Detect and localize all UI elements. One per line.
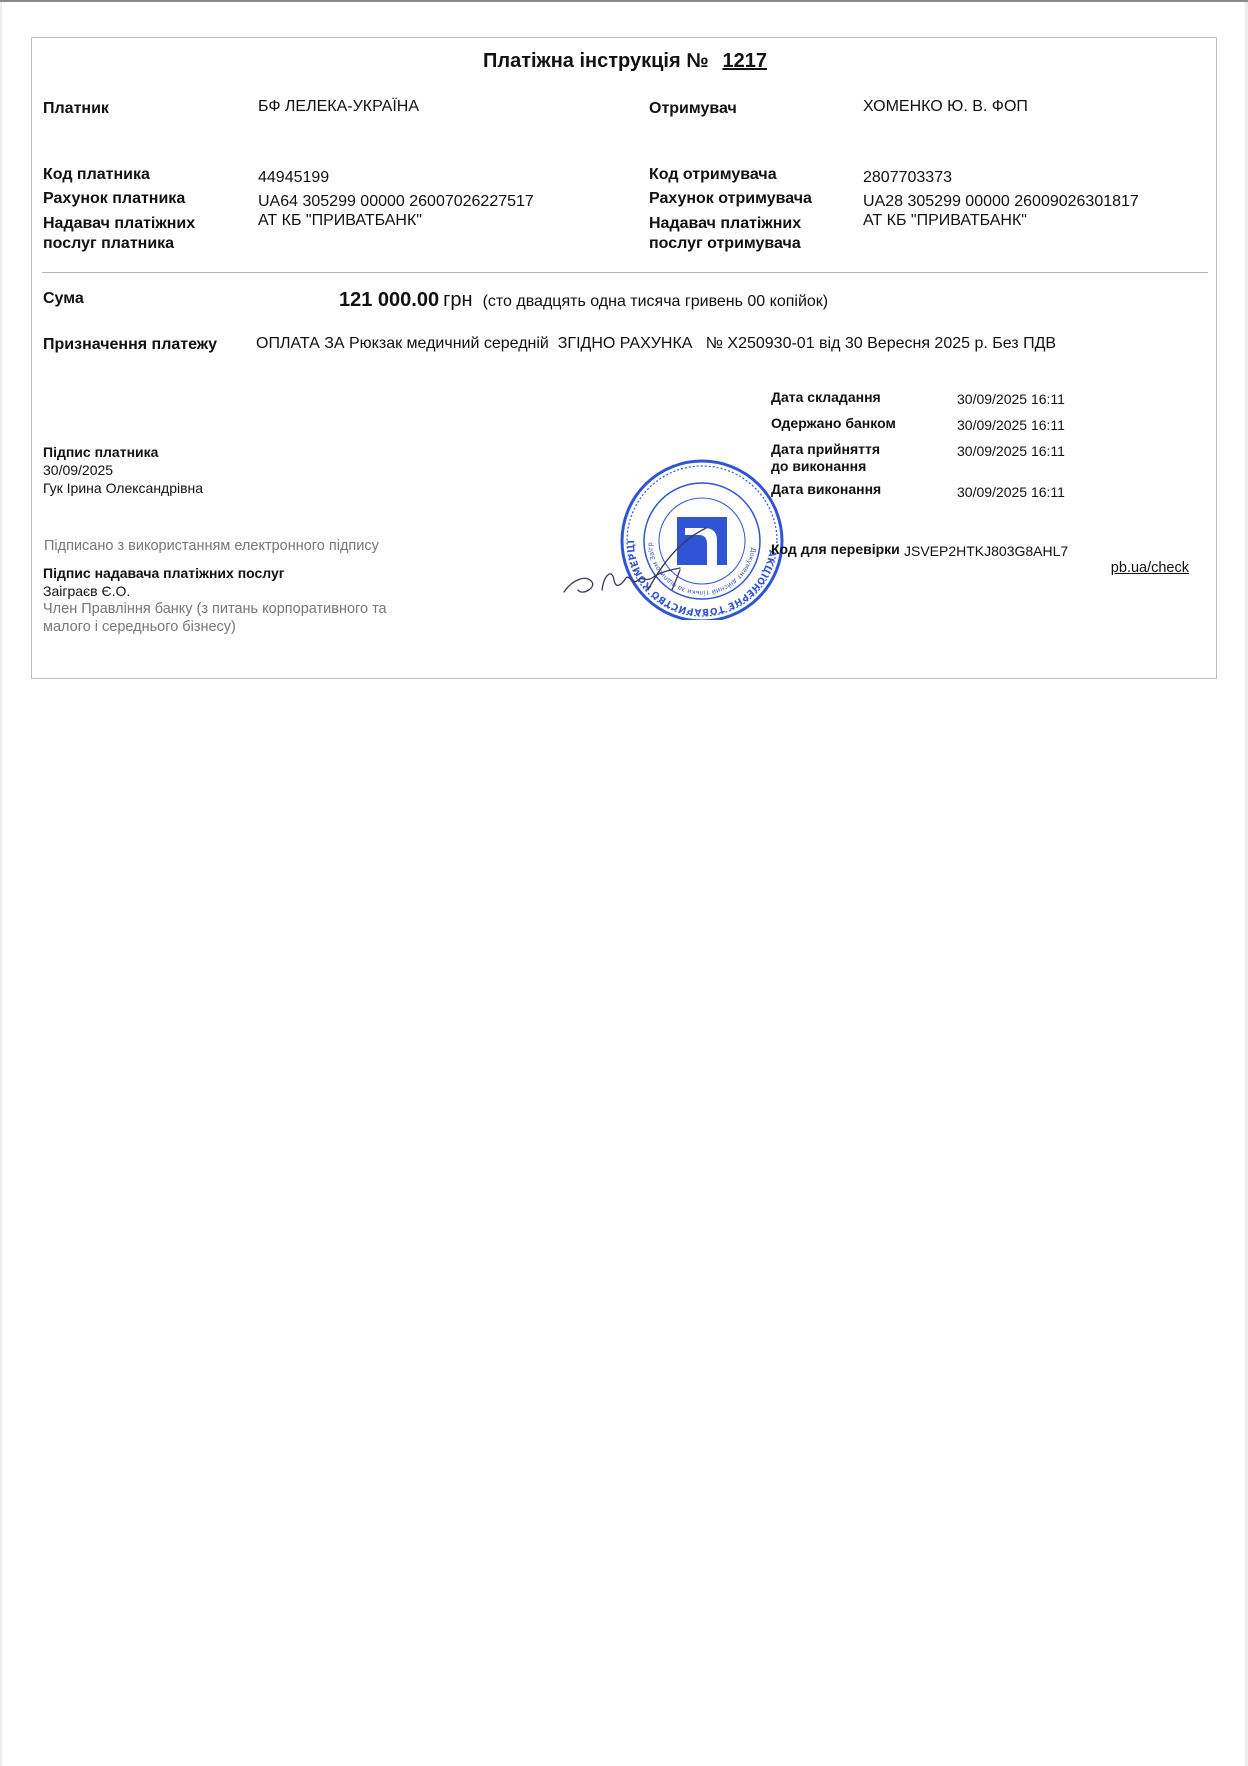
amount-label: Сума bbox=[43, 290, 84, 308]
bank-signer-name: Заіграєв Є.О. bbox=[43, 582, 387, 600]
payer-bank-label-line1: Надавач платіжних bbox=[43, 214, 195, 234]
date-executed-label: Дата виконання bbox=[771, 481, 881, 498]
verification-label: Код для перевірки bbox=[771, 541, 900, 558]
bank-signer-position-line2: малого і середнього бізнесу) bbox=[43, 618, 387, 636]
e-signature-note: Підписано з використанням електронного п… bbox=[44, 538, 379, 554]
payer-code-label: Код платника bbox=[43, 166, 150, 184]
recipient-bank-label: Надавач платіжних послуг отримувача bbox=[649, 214, 801, 254]
title-text: Платіжна інструкція № bbox=[483, 50, 709, 72]
purpose-label: Призначення платежу bbox=[43, 336, 217, 354]
payer-account: UA64 305299 00000 26007026227517 bbox=[258, 193, 534, 211]
section-divider bbox=[42, 272, 1208, 273]
payer-name-label: Платник bbox=[43, 100, 109, 118]
payer-signature-block: Підпис платника 30/09/2025 Гук Ірина Оле… bbox=[43, 443, 203, 497]
amount-row: 121 000.00грн(сто двадцять одна тисяча г… bbox=[339, 289, 828, 312]
amount-value: 121 000.00 bbox=[339, 289, 439, 311]
date-label-1: Одержано банком bbox=[771, 415, 896, 432]
page-top-edge bbox=[0, 0, 1248, 2]
date-accepted-label-line2: до виконання bbox=[771, 458, 880, 475]
date-composed-label: Дата складання bbox=[771, 389, 881, 406]
payer-account-label: Рахунок платника bbox=[43, 190, 185, 208]
date-accepted-value: 30/09/2025 16:11 bbox=[957, 443, 1065, 459]
payment-instruction-frame: Платіжна інструкція №1217 Платник БФ ЛЕЛ… bbox=[31, 37, 1217, 679]
recipient-code: 2807703373 bbox=[863, 169, 952, 187]
bank-signature-block: Підпис надавача платіжних послуг Заіграє… bbox=[43, 564, 387, 636]
payer-bank: АТ КБ "ПРИВАТБАНК" bbox=[258, 212, 422, 230]
payer-signer-name: Гук Ірина Олександрівна bbox=[43, 479, 203, 497]
recipient-name-label: Отримувач bbox=[649, 100, 737, 118]
recipient-name: ХОМЕНКО Ю. В. ФОП bbox=[863, 98, 1028, 116]
recipient-account-label: Рахунок отримувача bbox=[649, 190, 812, 208]
date-received-value: 30/09/2025 16:11 bbox=[957, 417, 1065, 433]
document-number: 1217 bbox=[723, 50, 768, 72]
payer-bank-label: Надавач платіжних послуг платника bbox=[43, 214, 195, 254]
recipient-bank-label-line1: Надавач платіжних bbox=[649, 214, 801, 234]
date-label-0: Дата складання bbox=[771, 389, 881, 406]
payer-code: 44945199 bbox=[258, 169, 329, 187]
payer-bank-label-line2: послуг платника bbox=[43, 234, 195, 254]
amount-currency: грн bbox=[443, 289, 472, 311]
recipient-account: UA28 305299 00000 26009026301817 bbox=[863, 193, 1139, 211]
date-accepted-label-line1: Дата прийняття bbox=[771, 441, 880, 458]
bank-signature-label: Підпис надавача платіжних послуг bbox=[43, 564, 387, 582]
date-composed-value: 30/09/2025 16:11 bbox=[957, 391, 1065, 407]
document-title: Платіжна інструкція №1217 bbox=[32, 50, 1218, 73]
payer-signature-date: 30/09/2025 bbox=[43, 461, 203, 479]
verification-link[interactable]: pb.ua/check bbox=[1111, 560, 1189, 576]
date-label-3: Дата виконання bbox=[771, 481, 881, 498]
bank-signer-position-line1: Член Правління банку (з питань корпорати… bbox=[43, 600, 387, 618]
date-label-2: Дата прийняття до виконання bbox=[771, 441, 880, 475]
date-received-label: Одержано банком bbox=[771, 415, 896, 432]
recipient-bank: АТ КБ "ПРИВАТБАНК" bbox=[863, 212, 1027, 230]
verification-code: JSVEP2HTKJ803G8AHL7 bbox=[904, 543, 1068, 559]
recipient-bank-label-line2: послуг отримувача bbox=[649, 234, 801, 254]
payer-signature-label: Підпис платника bbox=[43, 443, 203, 461]
page-left-edge bbox=[0, 2, 2, 1766]
purpose-text: ОПЛАТА ЗА Рюкзак медичний середній ЗГІДН… bbox=[256, 335, 1056, 353]
recipient-code-label: Код отримувача bbox=[649, 166, 777, 184]
date-executed-value: 30/09/2025 16:11 bbox=[957, 484, 1065, 500]
amount-in-words: (сто двадцять одна тисяча гривень 00 коп… bbox=[483, 293, 829, 310]
payer-name: БФ ЛЕЛЕКА-УКРАЇНА bbox=[258, 98, 419, 116]
